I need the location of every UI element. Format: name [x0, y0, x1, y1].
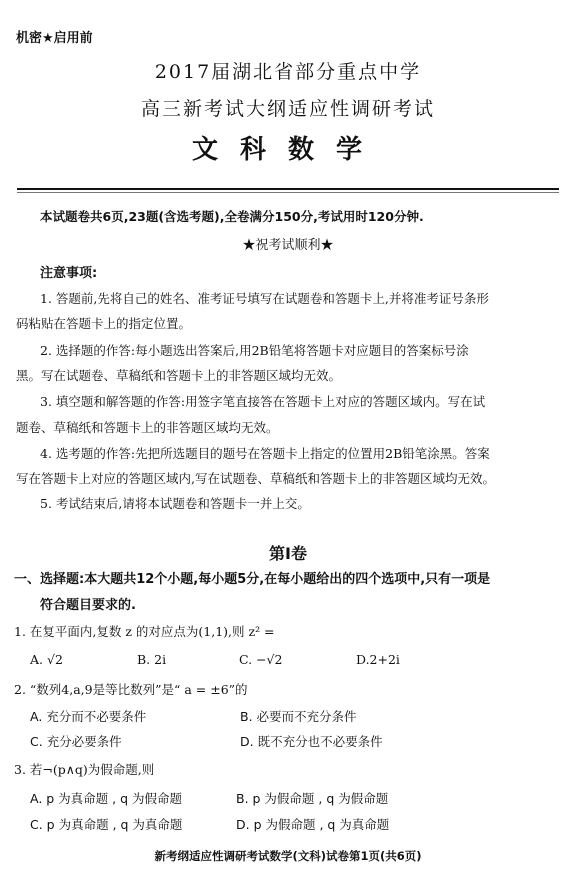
option-c: C. p 为真命题 , q 为真命题	[30, 815, 182, 833]
option-b: B. 2i	[137, 652, 166, 667]
part-heading-line1: 一、选择题:本大题共12个小题,每小题5分,在每小题给出的四个选项中,只有一项是	[14, 568, 490, 587]
header-divider-thin	[17, 192, 559, 193]
note-4-line2: 写在答题卡上对应的答题区域内,写在试题卷、草稿纸和答题卡上的非答题区域均无效。	[16, 469, 495, 487]
option-d: D. p 为假命题 , q 为真命题	[236, 815, 389, 833]
note-3-line1: 3. 填空题和解答题的作答:用签字笔直接答在答题卡上对应的答题区域内。写在试	[40, 392, 485, 410]
note-3-line2: 题卷、草稿纸和答题卡上的非答题区域均无效。	[16, 418, 279, 436]
note-5-line1: 5. 考试结束后,请将本试题卷和答题卡一并上交。	[40, 494, 310, 512]
page-footer: 新考纲适应性调研考试数学(文科)试卷第1页(共6页)	[0, 848, 576, 864]
note-4-line1: 4. 选考题的作答:先把所选题目的题号在答题卡上指定的位置用2B铅笔涂黑。答案	[40, 444, 490, 462]
question-stem: 1. 在复平面内,复数 z 的对应点为(1,1),则 z² =	[14, 622, 275, 640]
note-2-line2: 黑。写在试题卷、草稿纸和答题卡上的非答题区域均无效。	[16, 366, 341, 384]
option-d: D.2+2i	[356, 652, 400, 667]
exam-title-line1: 2017届湖北省部分重点中学	[0, 57, 576, 84]
note-1-line1: 1. 答题前,先将自己的姓名、准考证号填写在试题卷和答题卡上,并将准考证号条形	[40, 289, 489, 307]
note-1-line2: 码粘贴在答题卡上的指定位置。	[16, 314, 191, 332]
exam-title-line2: 高三新考试大纲适应性调研考试	[0, 94, 576, 121]
subject-title: 文科数学	[0, 129, 576, 166]
option-b: B. p 为假命题 , q 为假命题	[236, 789, 388, 807]
option-a: A. 充分而不必要条件	[30, 707, 146, 725]
option-a: A. √2	[30, 652, 63, 667]
confidential-label: 机密★启用前	[16, 27, 93, 46]
notes-heading: 注意事项:	[40, 262, 97, 281]
question-stem: 2. “数列4,a,9是等比数列”是“ a = ±6”的	[14, 680, 248, 698]
question-stem: 3. 若¬(p∧q)为假命题,则	[14, 760, 154, 778]
section-title: 第Ⅰ卷	[0, 541, 576, 564]
option-b: B. 必要而不充分条件	[240, 707, 357, 725]
option-c: C. 充分必要条件	[30, 732, 122, 750]
exam-summary: 本试题卷共6页,23题(含选考题),全卷满分150分,考试用时120分钟.	[40, 207, 424, 225]
good-luck-wish: ★祝考试顺利★	[0, 234, 576, 253]
option-c: C. −√2	[239, 652, 282, 667]
option-d: D. 既不充分也不必要条件	[240, 732, 383, 750]
option-a: A. p 为真命题 , q 为假命题	[30, 789, 182, 807]
part-heading-line2: 符合题目要求的.	[40, 594, 136, 613]
header-divider	[17, 188, 559, 190]
note-2-line1: 2. 选择题的作答:每小题选出答案后,用2B铅笔将答题卡对应题目的答案标号涂	[40, 341, 469, 359]
